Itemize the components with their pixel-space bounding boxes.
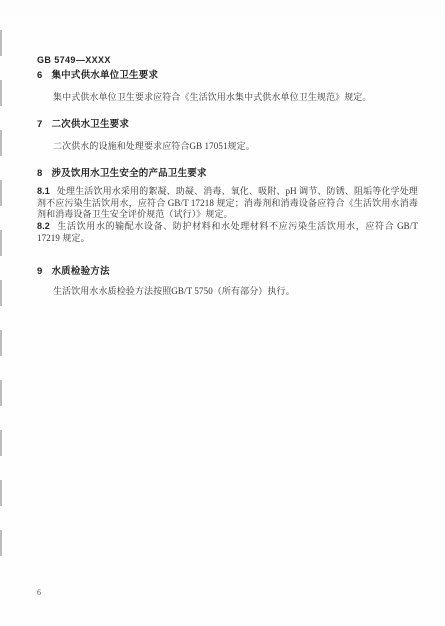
clause-number: 8.2 [37,221,50,231]
page-number: 6 [37,588,41,597]
clause-8-2: 8.2生活饮用水的输配水设备、防护材料和水处理材料不应污染生活饮用水，应符合 G… [37,221,418,244]
section-number: 8 [37,168,42,179]
section-title: 水质检验方法 [51,266,109,277]
section-heading-9: 9水质检验方法 [37,263,110,277]
section-number: 6 [37,70,42,81]
section-heading-7: 7二次供水卫生要求 [37,116,129,130]
section-number: 9 [37,266,42,277]
standard-number-header: GB 5749—XXXX [37,55,111,65]
section-heading-8: 8涉及饮用水卫生安全的产品卫生要求 [37,165,207,179]
clause-number: 8.1 [37,186,50,196]
section-7-paragraph: 二次供水的设施和处理要求应符合GB 17051规定。 [37,141,418,153]
section-heading-6: 6集中式供水单位卫生要求 [37,67,158,81]
section-6-paragraph: 集中式供水单位卫生要求应符合《生活饮用水集中式供水单位卫生规范》规定。 [37,92,418,104]
clause-text: 处理生活饮用水采用的絮凝、助凝、消毒、氧化、吸附、pH 调节、防锈、阻垢等化学处… [37,186,418,219]
section-title: 集中式供水单位卫生要求 [51,70,158,81]
section-8-clauses: 8.1处理生活饮用水采用的絮凝、助凝、消毒、氧化、吸附、pH 调节、防锈、阻垢等… [37,186,418,245]
section-number: 7 [37,119,42,130]
section-9-paragraph: 生活饮用水水质检验方法按照GB/T 5750（所有部分）执行。 [37,286,418,298]
clause-text: 生活饮用水的输配水设备、防护材料和水处理材料不应污染生活饮用水，应符合 GB/T… [37,221,418,243]
clause-8-1: 8.1处理生活饮用水采用的絮凝、助凝、消毒、氧化、吸附、pH 调节、防锈、阻垢等… [37,186,418,221]
section-title: 二次供水卫生要求 [51,119,129,130]
section-title: 涉及饮用水卫生安全的产品卫生要求 [51,168,206,179]
document-page: GB 5749—XXXX 6集中式供水单位卫生要求 集中式供水单位卫生要求应符合… [0,0,445,626]
scan-edge-artifact [0,30,2,565]
